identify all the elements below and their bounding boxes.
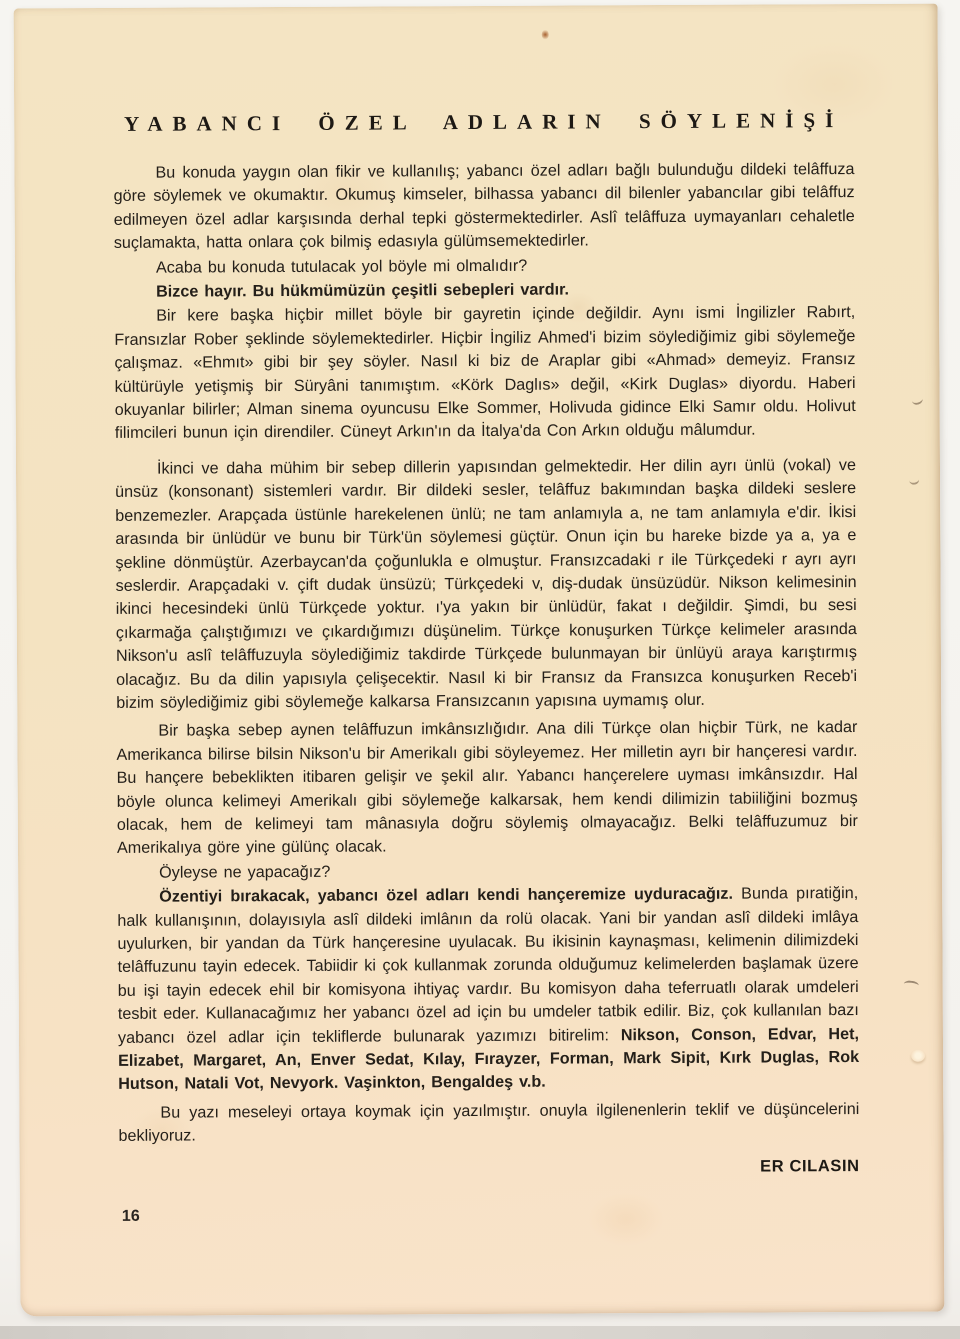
paragraph: Bu konuda yaygın olan fikir ve kullanılı… (113, 158, 854, 256)
bold-text-run: Özentiyi bırakacak, yabancı özel adları … (159, 885, 733, 906)
paragraph: Bir başka sebep aynen telâffuzun imkânsı… (116, 716, 858, 860)
paragraph: Bizce hayır. Bu hükmümüzün çeşitli sebep… (114, 277, 855, 304)
page-content: YABANCI ÖZEL ADLARIN SÖYLENİŞİ Bu konuda… (113, 4, 860, 1226)
text-run: Bu yazı meseleyi ortaya koymak için yazı… (118, 1100, 859, 1145)
paragraph: Bu yazı meseleyi ortaya koymak için yazı… (118, 1098, 859, 1149)
paragraph: Bir kere başka hiçbir millet böyle bir g… (114, 301, 856, 445)
text-run: Bunda pıratiğin, halk kullanışının, dola… (117, 884, 859, 1046)
scanned-paper-page: YABANCI ÖZEL ADLARIN SÖYLENİŞİ Bu konuda… (14, 4, 945, 1317)
scan-background: { "colors": { "paper": "#f4e3c2", "ink":… (0, 0, 960, 1339)
author-signature: ER CILASIN (119, 1157, 860, 1180)
margin-mark (903, 980, 919, 990)
text-run: Bu konuda yaygın olan fikir ve kullanılı… (114, 160, 855, 252)
bold-text-run: Bizce hayır. Bu hükmümüzün çeşitli sebep… (156, 281, 569, 301)
page-title: YABANCI ÖZEL ADLARIN SÖYLENİŞİ (113, 108, 854, 137)
text-run: Bir başka sebep aynen telâffuzun imkânsı… (116, 718, 857, 857)
page-number: 16 (122, 1204, 860, 1226)
text-body: Bu konuda yaygın olan fikir ve kullanılı… (113, 158, 859, 1149)
paragraph: Öyleyse ne yapacağız? (117, 858, 858, 885)
paragraph: Acaba bu konuda tutulacak yol böyle mi o… (114, 253, 855, 280)
text-run: İkinci ve daha mühim bir sebep dillerin … (115, 456, 857, 712)
margin-mark (908, 474, 919, 485)
text-run: Bir kere başka hiçbir millet böyle bir g… (114, 303, 855, 442)
text-run: Acaba bu konuda tutulacak yol böyle mi o… (156, 256, 527, 276)
margin-mark (911, 393, 924, 405)
paper-blemish (911, 1050, 925, 1062)
text-run: Öyleyse ne yapacağız? (159, 863, 330, 882)
paragraph: Özentiyi bırakacak, yabancı özel adları … (117, 882, 859, 1097)
paragraph: İkinci ve daha mühim bir sebep dillerin … (115, 454, 857, 715)
scan-edge-band (0, 1326, 960, 1339)
